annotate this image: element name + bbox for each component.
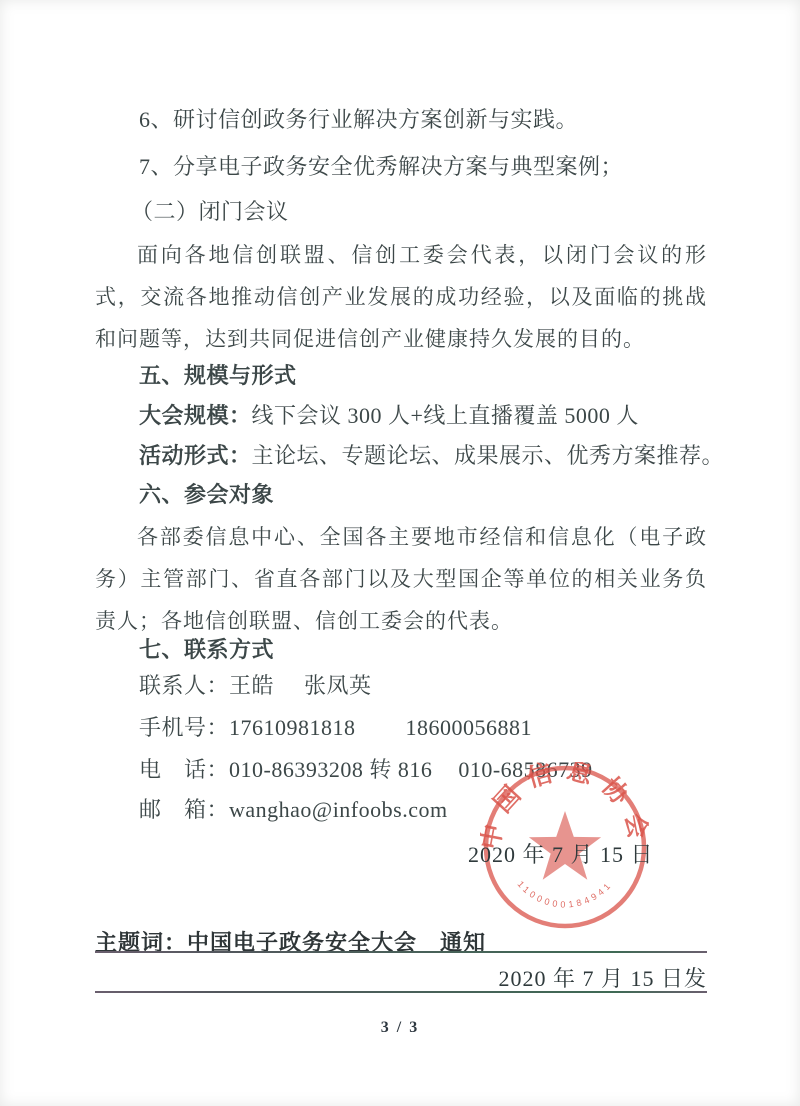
signature-date: 2020 年 7 月 15 日 bbox=[468, 838, 654, 869]
contact-value: 17610981818 bbox=[229, 715, 356, 740]
footer-rule-top bbox=[95, 951, 707, 953]
page-number: 3 / 3 bbox=[0, 1019, 800, 1037]
contact-value-2: 010-68586739 bbox=[458, 756, 592, 784]
seal-serial-number: 1100000184941 bbox=[516, 879, 615, 910]
document-page: 6、研讨信创政务行业解决方案创新与实践。 7、分享电子政务安全优秀解决方案与典型… bbox=[0, 0, 800, 1106]
scale-value: 线下会议 300 人+线上直播覆盖 5000 人 bbox=[252, 403, 639, 428]
format-value: 主论坛、专题论坛、成果展示、优秀方案推荐。 bbox=[252, 443, 725, 468]
contact-row-person: 联系人：王皓张凤英 bbox=[95, 672, 751, 700]
issue-date: 2020 年 7 月 15 日发 bbox=[95, 962, 707, 993]
format-label: 活动形式： bbox=[139, 443, 252, 468]
svg-text:1100000184941: 1100000184941 bbox=[516, 879, 615, 910]
contact-label: 邮 箱： bbox=[139, 797, 229, 822]
contact-label: 联系人： bbox=[139, 673, 229, 698]
contact-row-mobile: 手机号：1761098181818600056881 bbox=[95, 714, 751, 742]
scale-label: 大会规模： bbox=[139, 403, 252, 428]
closed-meeting-paragraph: 面向各地信创联盟、信创工委会代表，以闭门会议的形式，交流各地推动信创产业发展的成… bbox=[95, 234, 707, 360]
section-heading-contact: 七、联系方式 bbox=[95, 636, 751, 664]
contact-label: 电 话： bbox=[139, 757, 229, 782]
list-item-7: 7、分享电子政务安全优秀解决方案与典型案例； bbox=[95, 153, 751, 181]
contact-value: 010-86393208 转 816 bbox=[229, 757, 432, 782]
contact-value: 王皓 bbox=[229, 673, 274, 698]
scale-row: 大会规模：线下会议 300 人+线上直播覆盖 5000 人 bbox=[95, 402, 751, 430]
closed-meeting-heading: （二）闭门会议 bbox=[95, 198, 743, 226]
footer-rule-bottom bbox=[95, 991, 707, 993]
contact-label: 手机号： bbox=[139, 715, 229, 740]
contact-value: wanghao@infoobs.com bbox=[229, 797, 448, 822]
attendees-paragraph: 各部委信息中心、全国各主要地市经信和信息化（电子政务）主管部门、省直各部门以及大… bbox=[95, 516, 707, 642]
format-row: 活动形式：主论坛、专题论坛、成果展示、优秀方案推荐。 bbox=[95, 442, 751, 470]
contact-row-email: 邮 箱：wanghao@infoobs.com bbox=[95, 796, 751, 824]
section-heading-scale: 五、规模与形式 bbox=[95, 362, 751, 390]
contact-value-2: 张凤英 bbox=[304, 672, 372, 700]
section-heading-attendees: 六、参会对象 bbox=[95, 481, 751, 509]
contact-value-2: 18600056881 bbox=[406, 714, 533, 742]
contact-row-phone: 电 话：010-86393208 转 816010-68586739 bbox=[95, 756, 751, 784]
list-item-6: 6、研讨信创政务行业解决方案创新与实践。 bbox=[95, 106, 751, 134]
